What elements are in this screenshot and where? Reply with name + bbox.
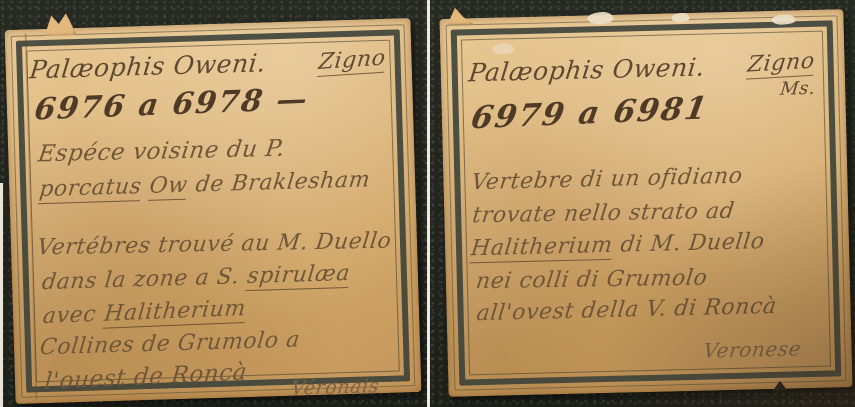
locality-text: de Braklesham bbox=[194, 167, 371, 197]
photo-edge-sliver bbox=[0, 183, 3, 407]
specimen-label-right: Palæophis Oweni. Zigno Ms. 6979 a 6981 V… bbox=[439, 9, 852, 397]
author-block: Zigno Ms. bbox=[748, 50, 816, 101]
fossil-zone-name: spirulæa bbox=[246, 261, 352, 291]
author-name: Zigno bbox=[317, 46, 387, 77]
torn-corner bbox=[447, 7, 473, 25]
manuscript-abbreviation: Ms. bbox=[779, 78, 817, 100]
locality-text: di M. Duello bbox=[619, 229, 766, 258]
locality-line: nei colli di Grumolo bbox=[474, 265, 708, 294]
right-photo-background: Palæophis Oweni. Zigno Ms. 6979 a 6981 V… bbox=[430, 0, 855, 407]
associated-fossil-name: Halitherium bbox=[469, 233, 614, 264]
locality-text: avec bbox=[42, 302, 98, 329]
description-line: trovate nello strato ad bbox=[471, 199, 736, 229]
author-abbreviation: Ow bbox=[148, 173, 189, 201]
left-photo-background: Palæophis Oweni. Zigno 6976 a 6978 — Esp… bbox=[0, 0, 427, 407]
species-epithet: porcatus bbox=[38, 174, 143, 204]
label-photo-montage: Palæophis Oweni. Zigno 6976 a 6978 — Esp… bbox=[0, 0, 855, 407]
torn-corner bbox=[44, 13, 77, 36]
photo-montage-seam bbox=[427, 0, 430, 407]
signature: Veronese bbox=[703, 336, 803, 362]
species-name: Palæophis Oweni. bbox=[467, 52, 707, 87]
specimen-label-left: Palæophis Oweni. Zigno 6976 a 6978 — Esp… bbox=[5, 18, 422, 404]
associated-fossil-name: Halitherium bbox=[103, 296, 247, 329]
author-name: Zigno bbox=[746, 49, 816, 80]
signature: Véronais bbox=[290, 375, 380, 400]
